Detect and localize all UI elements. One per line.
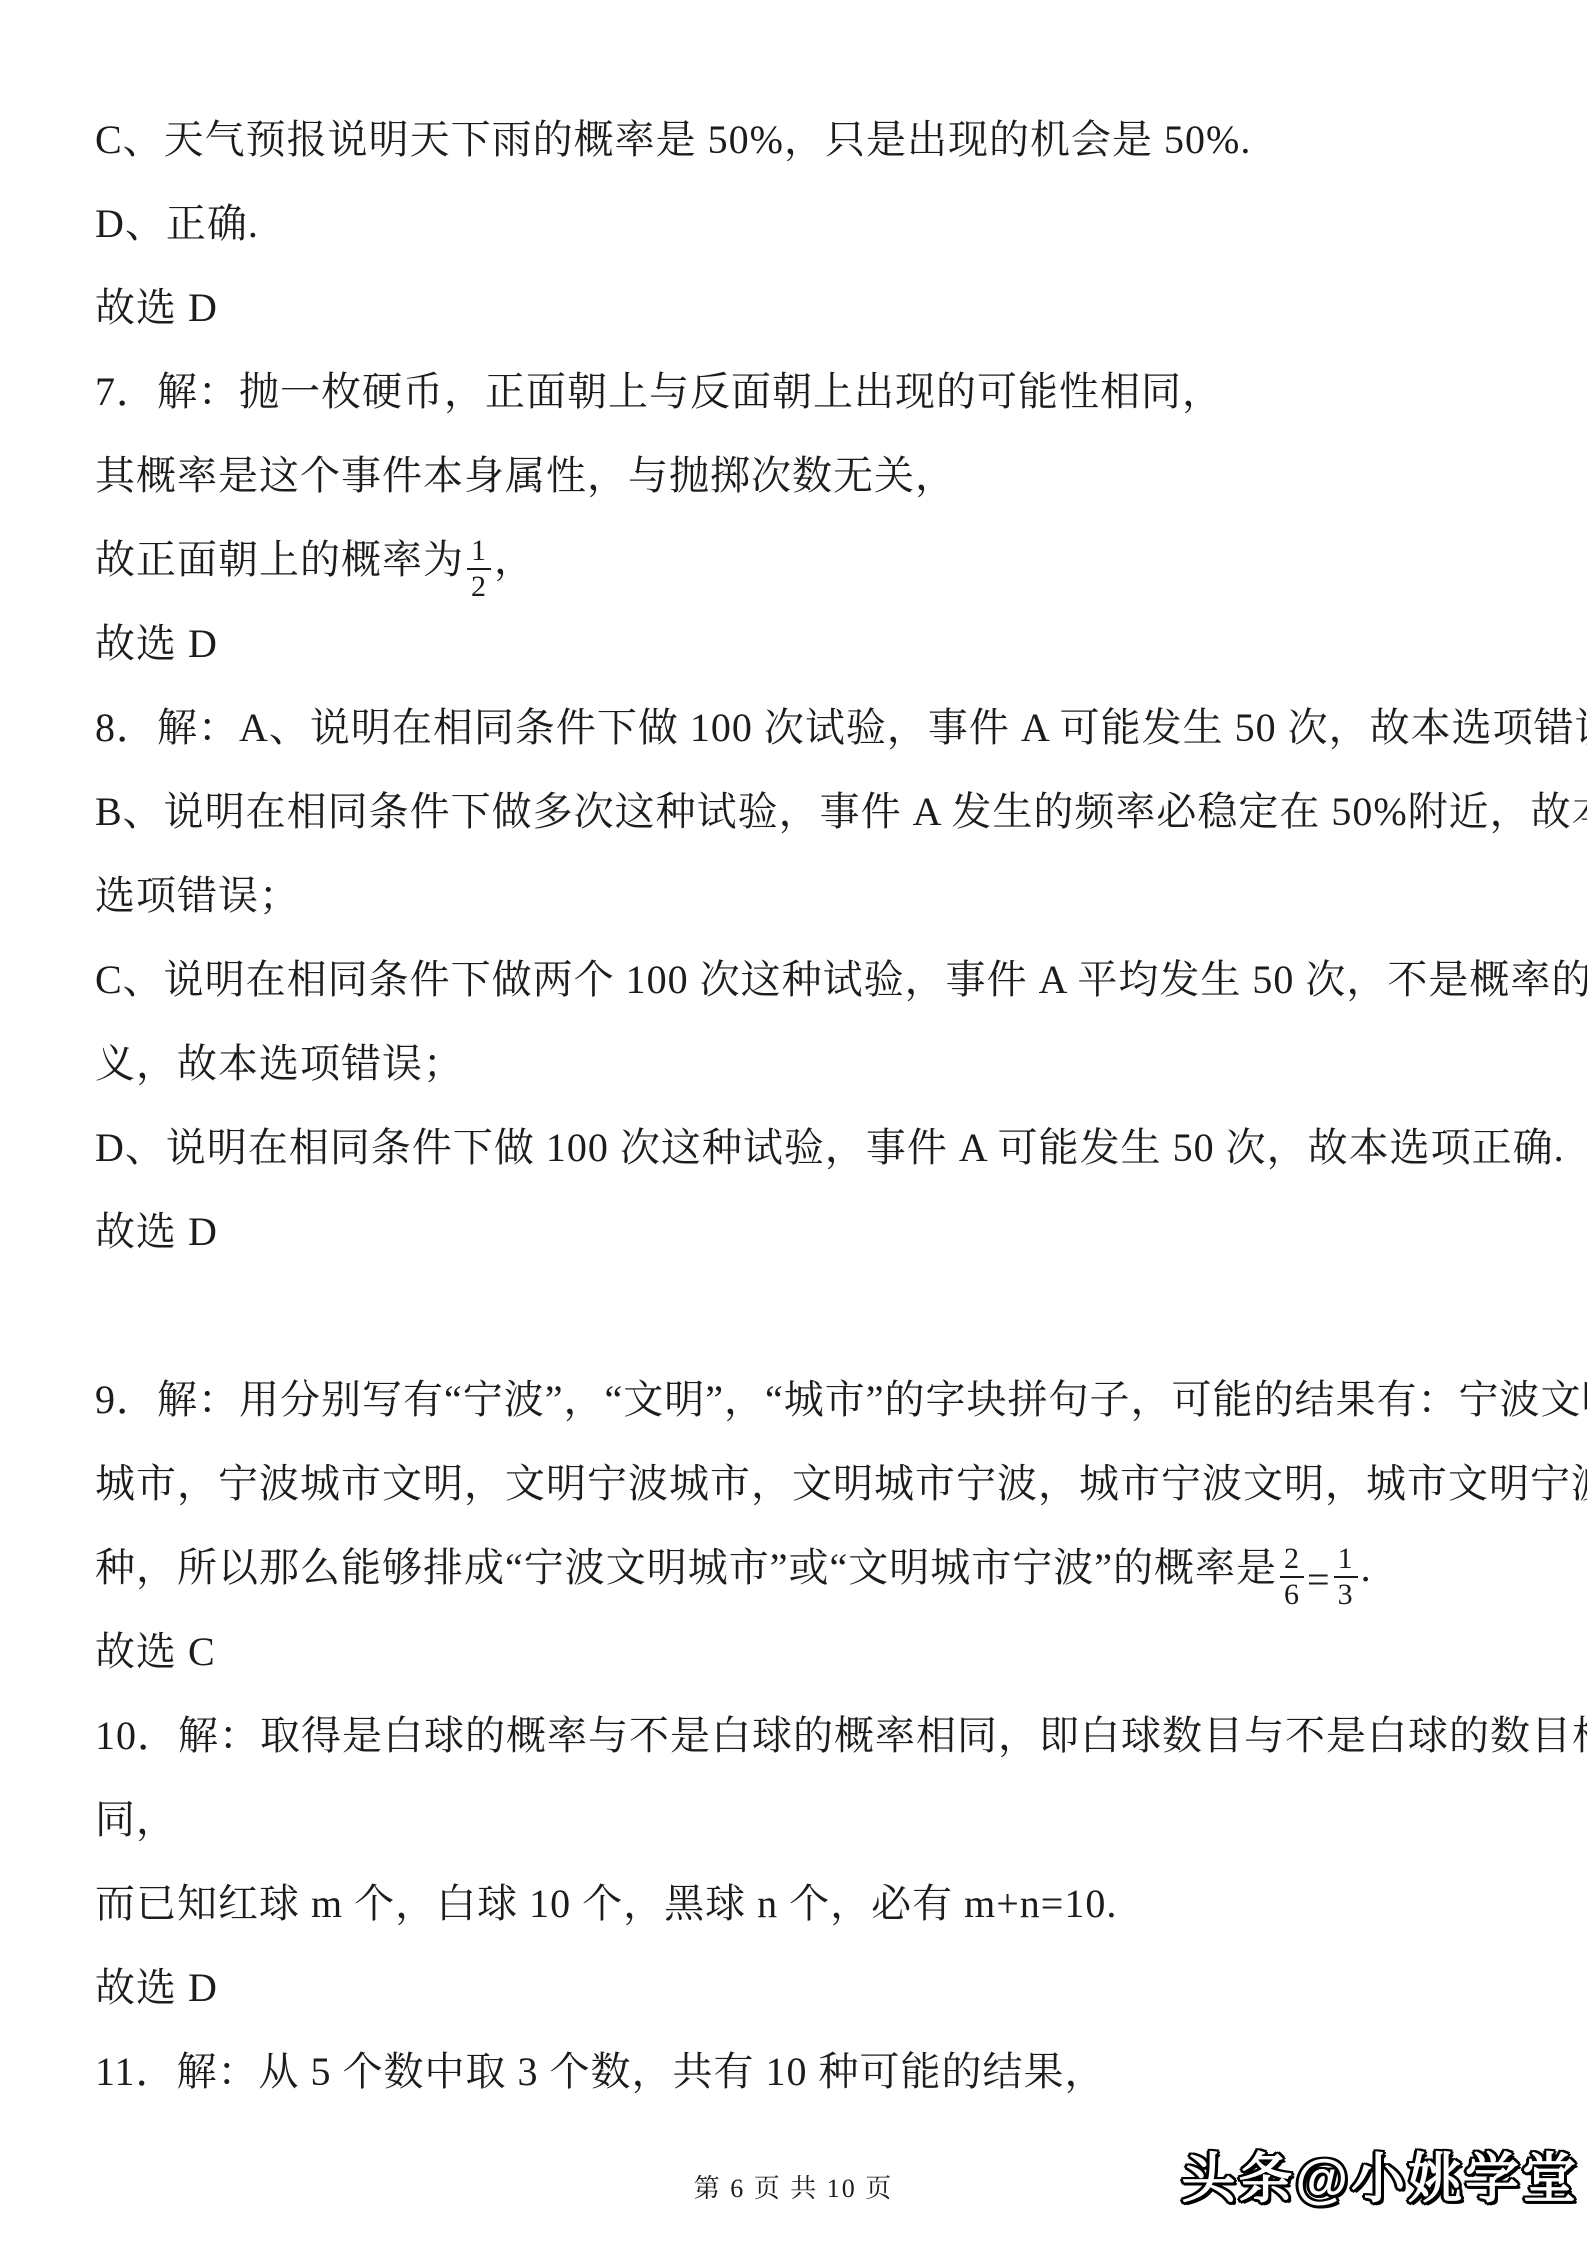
answer-line: 故选 D	[95, 266, 1495, 350]
text-line: 8．解：A、说明在相同条件下做 100 次试验，事件 A 可能发生 50 次，故…	[95, 686, 1495, 770]
fraction-numerator: 2	[1280, 1543, 1304, 1578]
text-line: D、说明在相同条件下做 100 次这种试验，事件 A 可能发生 50 次，故本选…	[95, 1106, 1495, 1190]
document-page: C、天气预报说明天下雨的概率是 50%，只是出现的机会是 50%. D、正确. …	[95, 98, 1495, 2114]
text-line: 选项错误；	[95, 854, 1495, 938]
text-line: 9．解：用分别写有“宁波”，“文明”，“城市”的字块拼句子，可能的结果有：宁波文…	[95, 1358, 1495, 1442]
answer-line: 故选 D	[95, 602, 1495, 686]
blank-line	[95, 1274, 1495, 1358]
fraction-denominator: 6	[1280, 1578, 1304, 1611]
text-line: 其概率是这个事件本身属性，与抛掷次数无关，	[95, 434, 1495, 518]
text-line: 而已知红球 m 个，白球 10 个，黑球 n 个，必有 m+n=10.	[95, 1862, 1495, 1946]
equals-sign: =	[1307, 1538, 1331, 1622]
text-segment: 故正面朝上的概率为	[95, 537, 464, 582]
text-line: B、说明在相同条件下做多次这种试验，事件 A 发生的频率必稳定在 50%附近，故…	[95, 770, 1495, 854]
answer-line: 故选 D	[95, 1946, 1495, 2030]
text-segment: .	[1361, 1545, 1372, 1590]
fraction: 26	[1280, 1543, 1304, 1612]
text-line: D、正确.	[95, 182, 1495, 266]
answer-line: 故选 D	[95, 1190, 1495, 1274]
text-line-with-fraction: 种，所以那么能够排成“宁波文明城市”或“文明城市宁波”的概率是26=13.	[95, 1526, 1495, 1610]
text-line: 10．解：取得是白球的概率与不是白球的概率相同，即白球数目与不是白球的数目相	[95, 1694, 1495, 1778]
text-line: 11．解：从 5 个数中取 3 个数，共有 10 种可能的结果，	[95, 2030, 1495, 2114]
fraction: 13	[1334, 1543, 1358, 1612]
answer-line: 故选 C	[95, 1610, 1495, 1694]
text-segment: ，	[494, 537, 535, 582]
text-segment: 种，所以那么能够排成“宁波文明城市”或“文明城市宁波”的概率是	[95, 1545, 1277, 1590]
fraction-denominator: 3	[1334, 1578, 1358, 1611]
text-line: 义，故本选项错误；	[95, 1022, 1495, 1106]
fraction-numerator: 1	[1334, 1543, 1358, 1578]
text-line: C、说明在相同条件下做两个 100 次这种试验，事件 A 平均发生 50 次，不…	[95, 938, 1495, 1022]
fraction-denominator: 2	[467, 570, 491, 603]
watermark: 头条@小姚学堂	[1181, 2136, 1579, 2213]
fraction-numerator: 1	[467, 535, 491, 570]
text-line-with-fraction: 故正面朝上的概率为12，	[95, 518, 1495, 602]
fraction: 12	[467, 535, 491, 604]
text-line: C、天气预报说明天下雨的概率是 50%，只是出现的机会是 50%.	[95, 98, 1495, 182]
text-line: 7．解：抛一枚硬币，正面朝上与反面朝上出现的可能性相同，	[95, 350, 1495, 434]
text-line: 同，	[95, 1778, 1495, 1862]
text-line: 城市，宁波城市文明，文明宁波城市，文明城市宁波，城市宁波文明，城市文明宁波 6	[95, 1442, 1495, 1526]
